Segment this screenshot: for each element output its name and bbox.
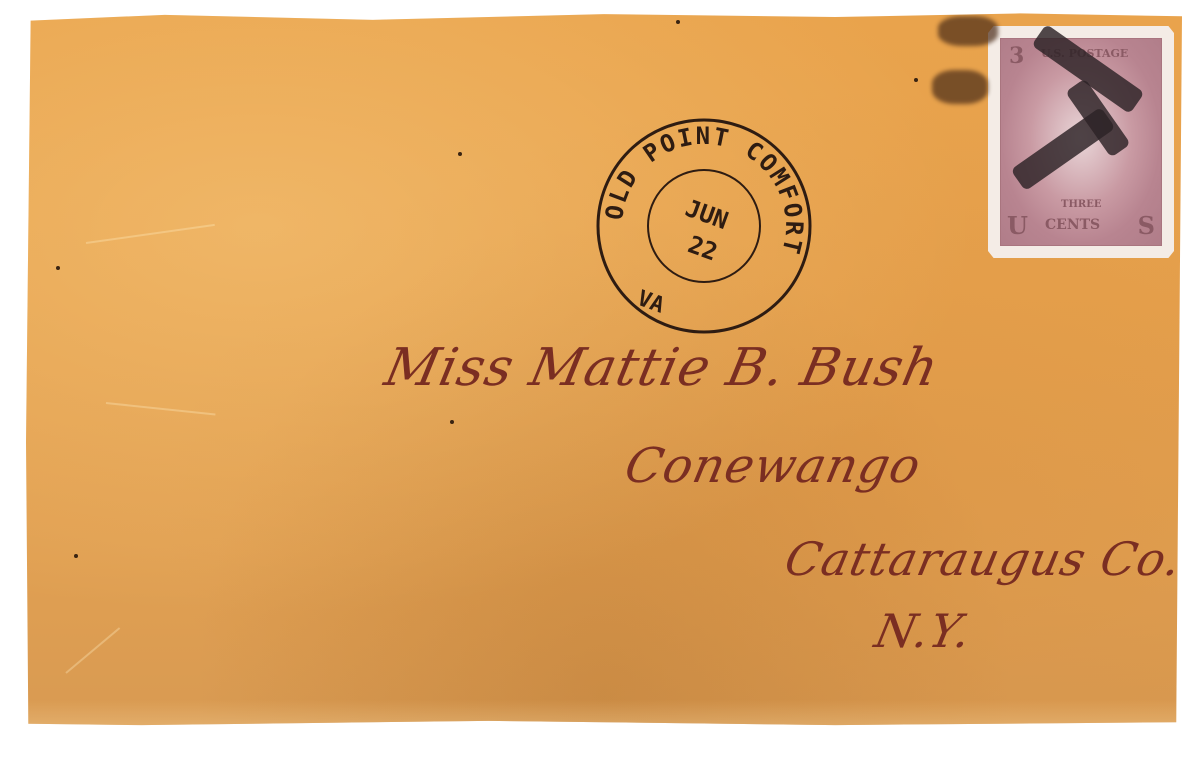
stamp-corner-right: S (1138, 211, 1155, 240)
paper-crease (106, 402, 216, 415)
envelope-bottom-edge (26, 700, 1182, 728)
ink-smudge (932, 70, 988, 104)
paper-crease (65, 627, 120, 674)
recipient-county: Cattaraugus Co. (780, 532, 1187, 586)
postmark-month: JUN (682, 194, 732, 235)
paper-speck (676, 20, 680, 24)
recipient-state: N.Y. (870, 604, 976, 658)
stamp-bottom-text: CENTS (1045, 217, 1100, 233)
postmark: OLD POINT COMFORT VA JUN 22 (592, 114, 816, 338)
paper-speck (458, 152, 462, 156)
envelope: OLD POINT COMFORT VA JUN 22 3 U.S. POSTA… (26, 12, 1182, 728)
stamp-value-text: THREE (1061, 199, 1101, 210)
ink-smudge (938, 16, 998, 46)
postage-stamp: 3 U.S. POSTAGE THREE U CENTS S (988, 26, 1174, 258)
stamp-corner-left: U (1007, 211, 1028, 240)
paper-speck (56, 266, 60, 270)
paper-speck (450, 420, 454, 424)
postmark-state: VA (634, 286, 667, 319)
stamp-value-numeral: 3 (1009, 43, 1024, 69)
paper-speck (914, 78, 918, 82)
postmark-day: 22 (684, 230, 721, 266)
paper-crease (86, 224, 215, 244)
paper-speck (74, 554, 78, 558)
recipient-town: Conewango (620, 438, 926, 494)
recipient-name: Miss Mattie B. Bush (380, 338, 945, 398)
